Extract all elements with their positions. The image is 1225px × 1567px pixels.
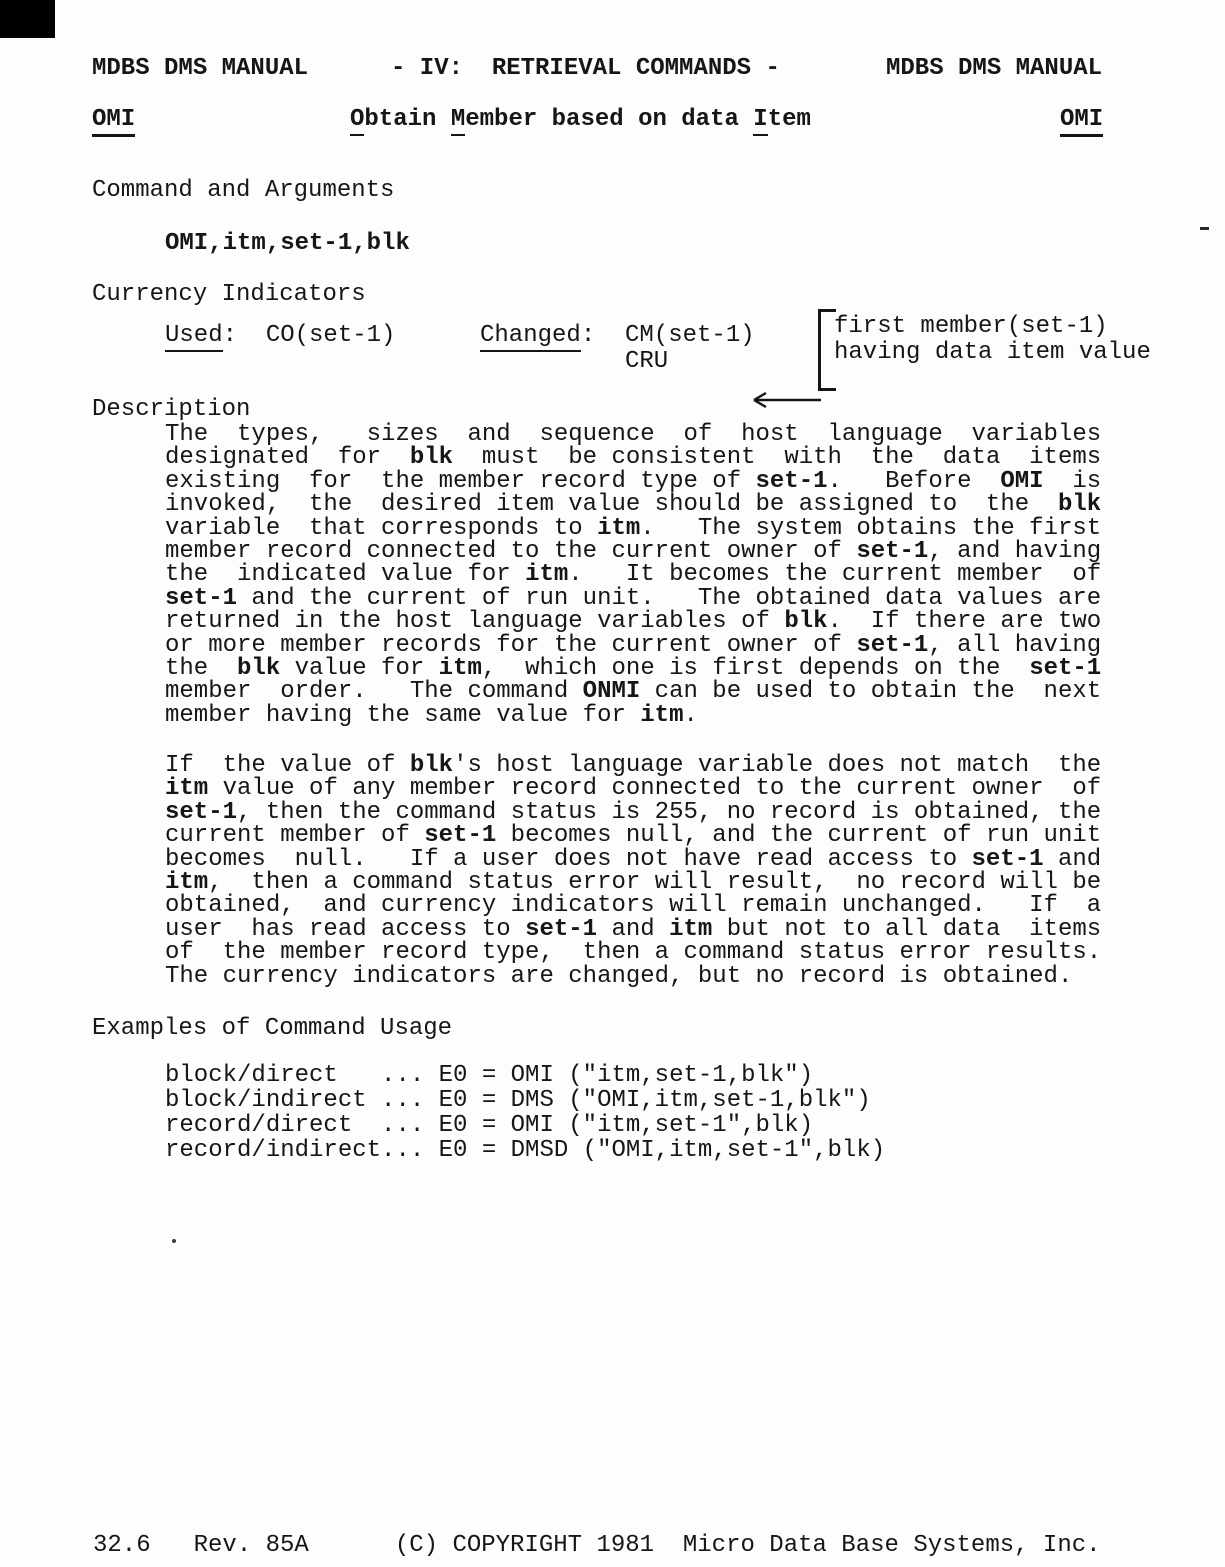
underlined-letter: O — [350, 106, 364, 136]
text-line: record/direct ... E0 = OMI ("itm,set-1",… — [165, 1113, 885, 1138]
examples-list: block/direct ... E0 = OMI ("itm,set-1,bl… — [165, 1063, 885, 1163]
text-line: The types, sizes and sequence of host la… — [165, 423, 1101, 446]
text-line: returned in the host language variables … — [165, 610, 1101, 633]
command-code-left: OMI — [92, 108, 135, 132]
underlined-letter: Changed — [480, 322, 581, 352]
text-line: or more member records for the current o… — [165, 634, 1101, 657]
text-line: becomes null. If a user does not have re… — [165, 848, 1101, 871]
header-center: - IV: RETRIEVAL COMMANDS - — [391, 57, 780, 81]
text-line: The currency indicators are changed, but… — [165, 965, 1101, 988]
text-line: user has read access to set-1 and itm bu… — [165, 918, 1101, 941]
text-line: obtained, and currency indicators will r… — [165, 894, 1101, 917]
text-line: itm value of any member record connected… — [165, 777, 1101, 800]
underlined-letter: I — [753, 106, 767, 136]
text-line: designated for blk must be consistent wi… — [165, 446, 1101, 469]
command-code-right-text: OMI — [1060, 106, 1103, 137]
text-line: of the member record type, then a comman… — [165, 941, 1101, 964]
currency-changed-label: Changed: — [480, 324, 595, 348]
text-segment: tem — [768, 106, 811, 133]
text-line: record/indirect... E0 = DMSD ("OMI,itm,s… — [165, 1138, 885, 1163]
footer-page-number: 32.6 — [93, 1532, 151, 1559]
text-line: If the value of blk's host language vari… — [165, 754, 1101, 777]
footer-revision: Rev. 85A — [194, 1532, 309, 1559]
text-line: member record connected to the current o… — [165, 540, 1101, 563]
currency-note: first member(set-1) having data item val… — [834, 314, 1151, 366]
text-line: block/direct ... E0 = OMI ("itm,set-1,bl… — [165, 1063, 885, 1088]
text-line: variable that corresponds to itm. The sy… — [165, 517, 1101, 540]
text-line: block/indirect ... E0 = DMS ("OMI,itm,se… — [165, 1088, 885, 1113]
text-line: member having the same value for itm. — [165, 704, 1101, 727]
text-line: set-1 and the current of run unit. The o… — [165, 587, 1101, 610]
underlined-letter: M — [451, 106, 465, 136]
section-heading-currency: Currency Indicators — [92, 283, 366, 307]
command-code-right: OMI — [1060, 108, 1103, 132]
text-line: the indicated value for itm. It becomes … — [165, 563, 1101, 586]
description-paragraph-2: If the value of blk's host language vari… — [165, 754, 1101, 988]
command-syntax-line: OMI,itm,set-1,blk — [165, 232, 410, 256]
currency-used: Used: CO(set-1) — [165, 324, 395, 348]
text-line: existing for the member record type of s… — [165, 470, 1101, 493]
scan-artifact-dash — [1200, 227, 1209, 230]
footer: 32.6Rev. 85A(C) COPYRIGHT 1981 Micro Dat… — [93, 1534, 1101, 1558]
section-heading-description: Description — [92, 398, 250, 422]
section-heading-examples: Examples of Command Usage — [92, 1017, 452, 1041]
text-line: invoked, the desired item value should b… — [165, 493, 1101, 516]
text-segment: ember based on data — [465, 106, 753, 133]
footer-copyright: (C) COPYRIGHT 1981 Micro Data Base Syste… — [395, 1532, 1101, 1559]
scan-artifact-dot — [172, 1239, 176, 1243]
description-paragraph-1: The types, sizes and sequence of host la… — [165, 423, 1101, 727]
section-heading-command: Command and Arguments — [92, 179, 394, 203]
text-line: itm, then a command status error will re… — [165, 871, 1101, 894]
text-segment: : CO(set-1) — [223, 322, 396, 349]
text-line: current member of set-1 becomes null, an… — [165, 824, 1101, 847]
currency-changed-values: CM(set-1) CRU — [625, 323, 755, 375]
header-right: MDBS DMS MANUAL — [886, 57, 1102, 81]
text-line: the blk value for itm, which one is firs… — [165, 657, 1101, 680]
underlined-letter: Used — [165, 322, 223, 352]
command-code-left-text: OMI — [92, 106, 135, 137]
text-segment: btain — [364, 106, 450, 133]
manual-page: MDBS DMS MANUAL - IV: RETRIEVAL COMMANDS… — [0, 0, 1225, 1567]
page-title: Obtain Member based on data Item — [350, 108, 811, 132]
text-line: set-1, then the command status is 255, n… — [165, 801, 1101, 824]
header-left: MDBS DMS MANUAL — [92, 57, 308, 81]
scan-artifact-corner — [0, 0, 55, 38]
text-segment: : — [581, 322, 595, 349]
text-line: member order. The command ONMI can be us… — [165, 680, 1101, 703]
